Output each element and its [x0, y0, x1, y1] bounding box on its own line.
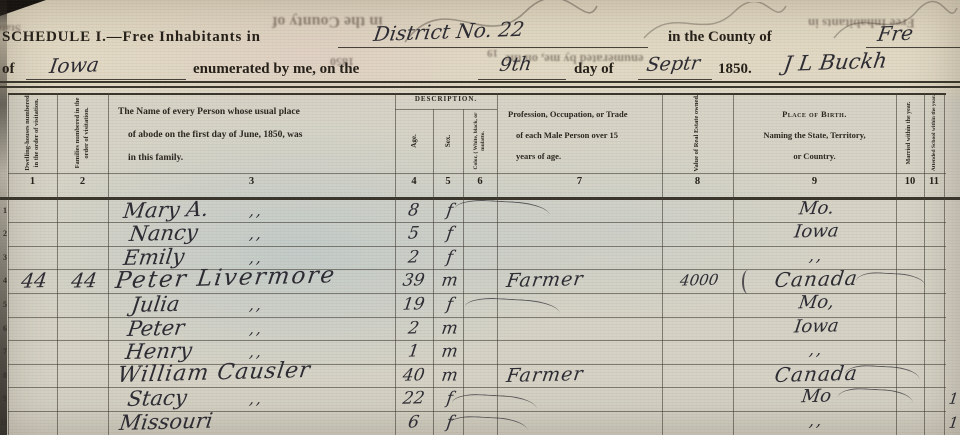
column-number: 6: [463, 176, 497, 196]
dwelling-number: 44: [8, 268, 60, 293]
ditto-mark: ,,: [248, 317, 265, 341]
occupation-value: Farmer: [505, 267, 585, 293]
ditto-mark: ,,: [248, 293, 265, 317]
column-header-text: Attended School within the year.: [931, 95, 938, 171]
table-row: 10 Missouri 6 f ,, 1: [0, 411, 960, 435]
person-name: Peter: [126, 316, 186, 341]
column-number: 7: [497, 176, 662, 196]
column-header-text: Profession, Occupation, or Trade: [508, 104, 658, 125]
tick-mark: [944, 269, 960, 293]
sex-value: m: [433, 339, 466, 364]
column-number: 1: [8, 176, 57, 196]
line-number: 9: [0, 387, 7, 411]
person-name: Peter Livermore: [114, 263, 338, 293]
column-header-families: Families numbered in the order of visita…: [57, 93, 108, 173]
age-value: 39: [393, 268, 434, 293]
person-name: William Causler: [116, 359, 312, 388]
person-name: Missouri: [118, 409, 214, 435]
tick-mark: [944, 222, 960, 246]
ditto-mark: ,,: [248, 199, 265, 223]
real-estate-value: [662, 244, 736, 270]
column-header-text: in this family.: [118, 147, 390, 170]
age-value: 22: [393, 386, 434, 411]
ditto-mark: ,,: [248, 387, 265, 411]
column-header-text: or Country.: [733, 146, 896, 167]
sex-value: m: [433, 268, 466, 293]
column-header-text: Married within the year.: [906, 102, 914, 165]
real-estate-value: [662, 315, 736, 341]
of-label: of: [2, 61, 15, 78]
person-name: Henry: [124, 338, 194, 364]
tick-mark: [944, 317, 960, 341]
real-estate-value: [662, 338, 736, 364]
column-header-text: Place of Birth.: [733, 104, 896, 125]
tick-mark: 1: [944, 387, 960, 411]
header-rule: [0, 86, 960, 88]
column-number: 11: [924, 176, 944, 196]
sex-value: f: [433, 221, 466, 246]
family-number: [57, 339, 111, 364]
sex-value: f: [433, 245, 466, 270]
table-row: 9 Stacy ,, 22 f Mo 1: [0, 387, 960, 411]
line-number: 6: [0, 317, 7, 341]
tick-mark: 1: [944, 411, 960, 435]
occupation-value: [505, 340, 508, 364]
dwelling-number: [8, 339, 60, 364]
column-header-dwelling: Dwelling-houses numbered in the order of…: [8, 93, 57, 173]
family-number: [57, 363, 111, 388]
month-value: Septr: [645, 52, 702, 76]
column-number: 4: [395, 176, 433, 196]
column-header-text: Color, { White, black, or mulatto.: [473, 109, 487, 173]
column-header-text: Families numbered in the order of visita…: [74, 93, 91, 173]
family-number: [57, 316, 111, 341]
family-number: [57, 198, 111, 223]
day-value: 9th: [498, 53, 533, 76]
line-number: 2: [0, 222, 7, 246]
family-number: [57, 245, 111, 270]
pen-flourish: [465, 297, 560, 314]
dwelling-number: [8, 316, 60, 341]
column-number: 8: [662, 176, 733, 196]
line-number: 1: [0, 199, 7, 223]
family-number: [57, 221, 111, 246]
column-header-occupation: Profession, Occupation, or Trade of each…: [508, 104, 658, 167]
enumerator-signature: J L Buckh: [782, 48, 889, 76]
age-value: 2: [393, 316, 434, 341]
description-band: DESCRIPTION.: [395, 95, 497, 103]
tick-mark: [944, 199, 960, 223]
header-rule: [0, 81, 960, 83]
person-name: Stacy: [126, 385, 188, 411]
sex-value: f: [433, 292, 466, 317]
pen-flourish: [742, 270, 754, 294]
age-value: 1: [393, 339, 434, 364]
grid-line: [8, 173, 946, 174]
column-header-married: Married within the year.: [896, 93, 924, 173]
age-value: 5: [393, 221, 434, 246]
column-number: 9: [733, 176, 896, 196]
column-header-text: of each Male Person over 15: [508, 125, 658, 146]
description-label: DESCRIPTION.: [415, 95, 477, 103]
occupation-value: Farmer: [505, 362, 585, 388]
birthplace-value: ,,: [733, 407, 900, 435]
day-of-label: day of: [574, 61, 614, 78]
county-label: in the County of: [668, 29, 772, 46]
column-header-name: The Name of every Person whose usual pla…: [118, 101, 390, 170]
column-header-age: Age.: [395, 109, 433, 173]
tick-mark: [944, 246, 960, 270]
family-number: 44: [57, 268, 111, 293]
column-header-birthplace: Place of Birth. Naming the State, Territ…: [733, 104, 896, 167]
column-number: 3: [108, 176, 395, 196]
real-estate-value: [662, 409, 736, 435]
real-estate-value: [662, 362, 736, 388]
sex-value: m: [433, 316, 466, 341]
person-name: Mary A.: [122, 197, 210, 223]
table-row: 7 Henry ,, 1 m ,,: [0, 340, 960, 364]
year-label: 1850.: [718, 61, 752, 78]
column-header-color: Color, { White, black, or mulatto.: [463, 109, 497, 173]
age-value: 40: [393, 363, 434, 388]
family-number: [57, 292, 111, 317]
age-value: 19: [393, 292, 434, 317]
line-number: 10: [0, 411, 7, 435]
ditto-mark: ,,: [248, 222, 265, 246]
column-header-sex: Sex.: [433, 109, 463, 173]
county-value: Fre: [876, 21, 915, 46]
person-name: Julia: [130, 292, 181, 317]
real-estate-value: [662, 385, 736, 411]
line-number: 5: [0, 293, 7, 317]
dwelling-number: [8, 221, 60, 246]
occupation-value: [505, 222, 508, 246]
table-row: 5 Julia ,, 19 f Mo,: [0, 293, 960, 317]
real-estate-value: [662, 291, 736, 317]
pen-flourish: [455, 199, 550, 216]
column-header-text: Sex.: [444, 135, 452, 147]
occupation-value: [505, 246, 508, 270]
dwelling-number: [8, 198, 60, 223]
real-estate-value: 4000: [662, 267, 736, 293]
family-number: [57, 386, 111, 411]
column-header-text: years of age.: [508, 146, 658, 167]
tick-mark: [944, 293, 960, 317]
column-number: 2: [57, 176, 108, 196]
line-number: 7: [0, 340, 7, 364]
table-row: 2 Nancy ,, 5 f Iowa: [0, 222, 960, 246]
line-number: 4: [0, 269, 7, 293]
table-row: 4 44 44 Peter Livermore 39 m Farmer 4000…: [0, 269, 960, 293]
enumerated-label: enumerated by me, on the: [193, 61, 359, 78]
person-name: Nancy: [128, 220, 199, 246]
tick-mark: [944, 340, 960, 364]
pen-flourish: [452, 393, 538, 409]
age-value: 2: [393, 245, 434, 270]
column-header-text: The Name of every Person whose usual pla…: [118, 101, 390, 124]
dwelling-number: [8, 410, 60, 435]
sex-value: m: [433, 363, 466, 388]
column-header-text: Naming the State, Territory,: [733, 125, 896, 146]
line-number: 8: [0, 364, 7, 388]
state-value: Iowa: [48, 52, 101, 78]
column-header-school: Attended School within the year.: [924, 93, 944, 173]
column-number: 10: [896, 176, 924, 196]
family-number: [57, 410, 111, 435]
column-number: 5: [433, 176, 463, 196]
dwelling-number: [8, 363, 60, 388]
column-header-text: of abode on the first day of June, 1850,…: [118, 124, 390, 147]
dwelling-number: [8, 386, 60, 411]
column-header-text: Dwelling-houses numbered in the order of…: [24, 93, 41, 173]
census-page-scan: in the County of Free Inhabitants in Sta…: [0, 0, 960, 435]
dwelling-number: [8, 245, 60, 270]
column-header-text: Age.: [410, 134, 418, 147]
occupation-value: [505, 317, 508, 341]
column-header-value: Value of Real Estate owned.: [662, 93, 733, 173]
age-value: 8: [393, 198, 434, 223]
real-estate-value: [662, 197, 736, 223]
real-estate-value: [662, 220, 736, 246]
tick-mark: [944, 364, 960, 388]
age-value: 6: [393, 410, 434, 435]
schedule-title: SCHEDULE I.—Free Inhabitants in: [2, 29, 261, 46]
dwelling-number: [8, 292, 60, 317]
column-header-text: Value of Real Estate owned.: [693, 94, 701, 171]
line-number: 3: [0, 246, 7, 270]
